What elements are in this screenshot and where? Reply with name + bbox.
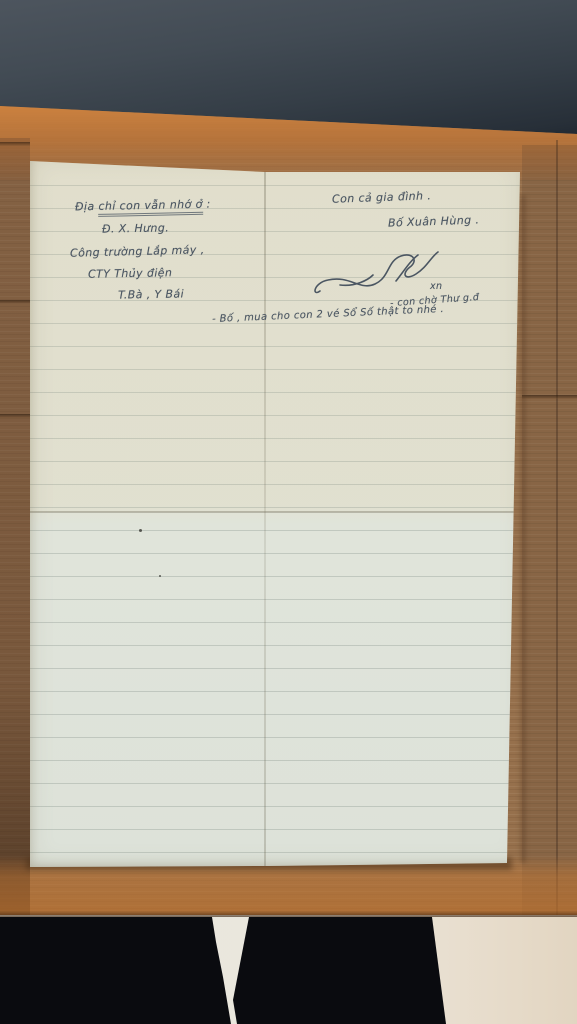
wood-groove (0, 142, 30, 146)
wood-plank-seam (556, 140, 558, 917)
wood-right-strip (522, 145, 577, 917)
table-front-edge (0, 911, 577, 917)
wood-groove (0, 300, 30, 304)
paper-shadow (520, 195, 526, 863)
photo-of-handwritten-letter: Địa chỉ con vẫn nhớ ở : Đ. X. Hưng. Công… (0, 0, 577, 1024)
wood-left-strip (0, 138, 30, 917)
wood-groove (0, 414, 32, 418)
letter-paper: Địa chỉ con vẫn nhớ ở : Đ. X. Hưng. Công… (28, 154, 525, 869)
person-leg-right (225, 917, 450, 1024)
wood-groove (522, 395, 577, 399)
person-leg-left (0, 917, 240, 1024)
paper-edge-shading (28, 154, 525, 869)
